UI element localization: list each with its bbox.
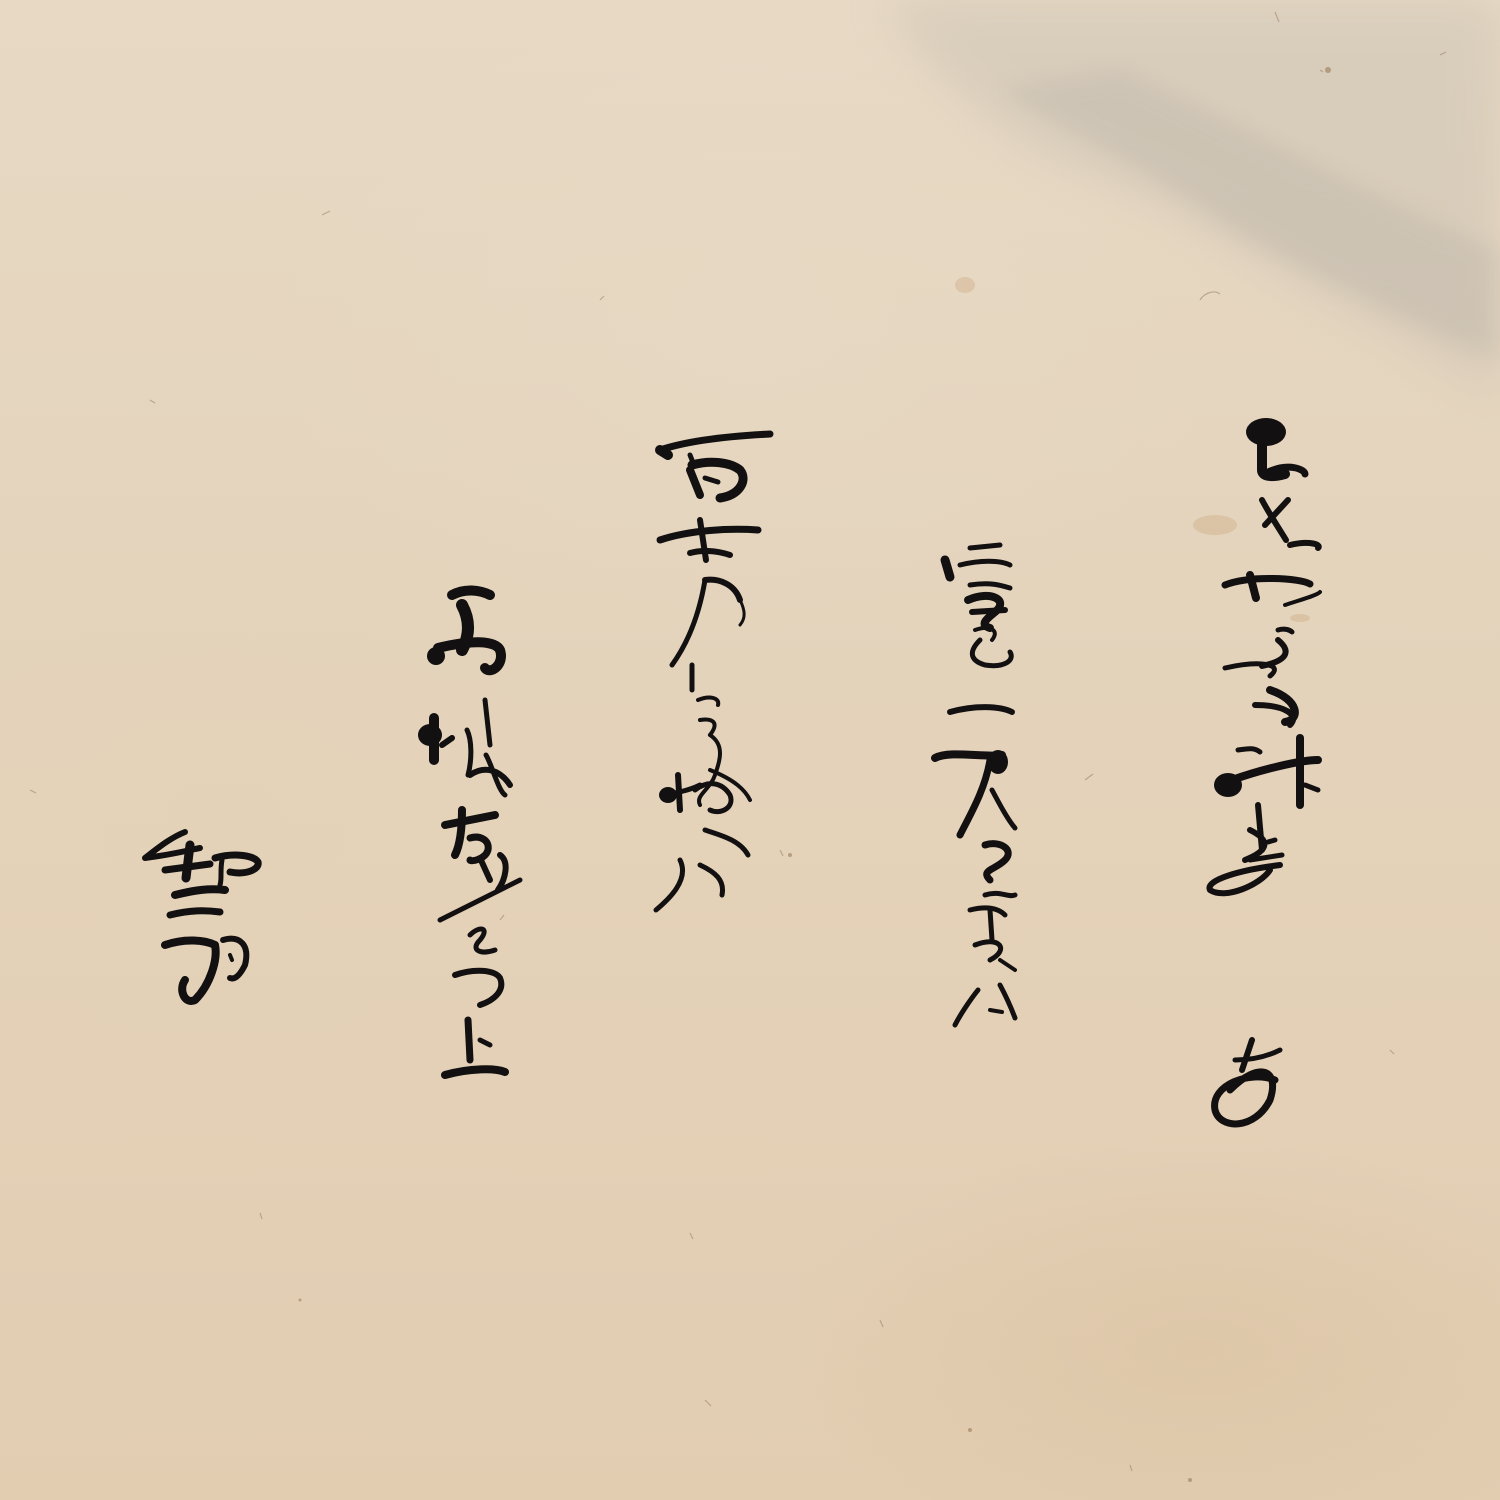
calligraphy: [0, 0, 1500, 1500]
paper-sheet: しもふる沖よの 雪をみるをば 富士のふもとねの あけぼのを 和翁: [0, 0, 1500, 1500]
poem-column-1: [1210, 418, 1320, 1124]
poem-column-2: [935, 545, 1015, 1025]
poem-column-4: [418, 590, 520, 1075]
artist-signature: [145, 832, 258, 1001]
poem-column-3: [656, 434, 770, 910]
